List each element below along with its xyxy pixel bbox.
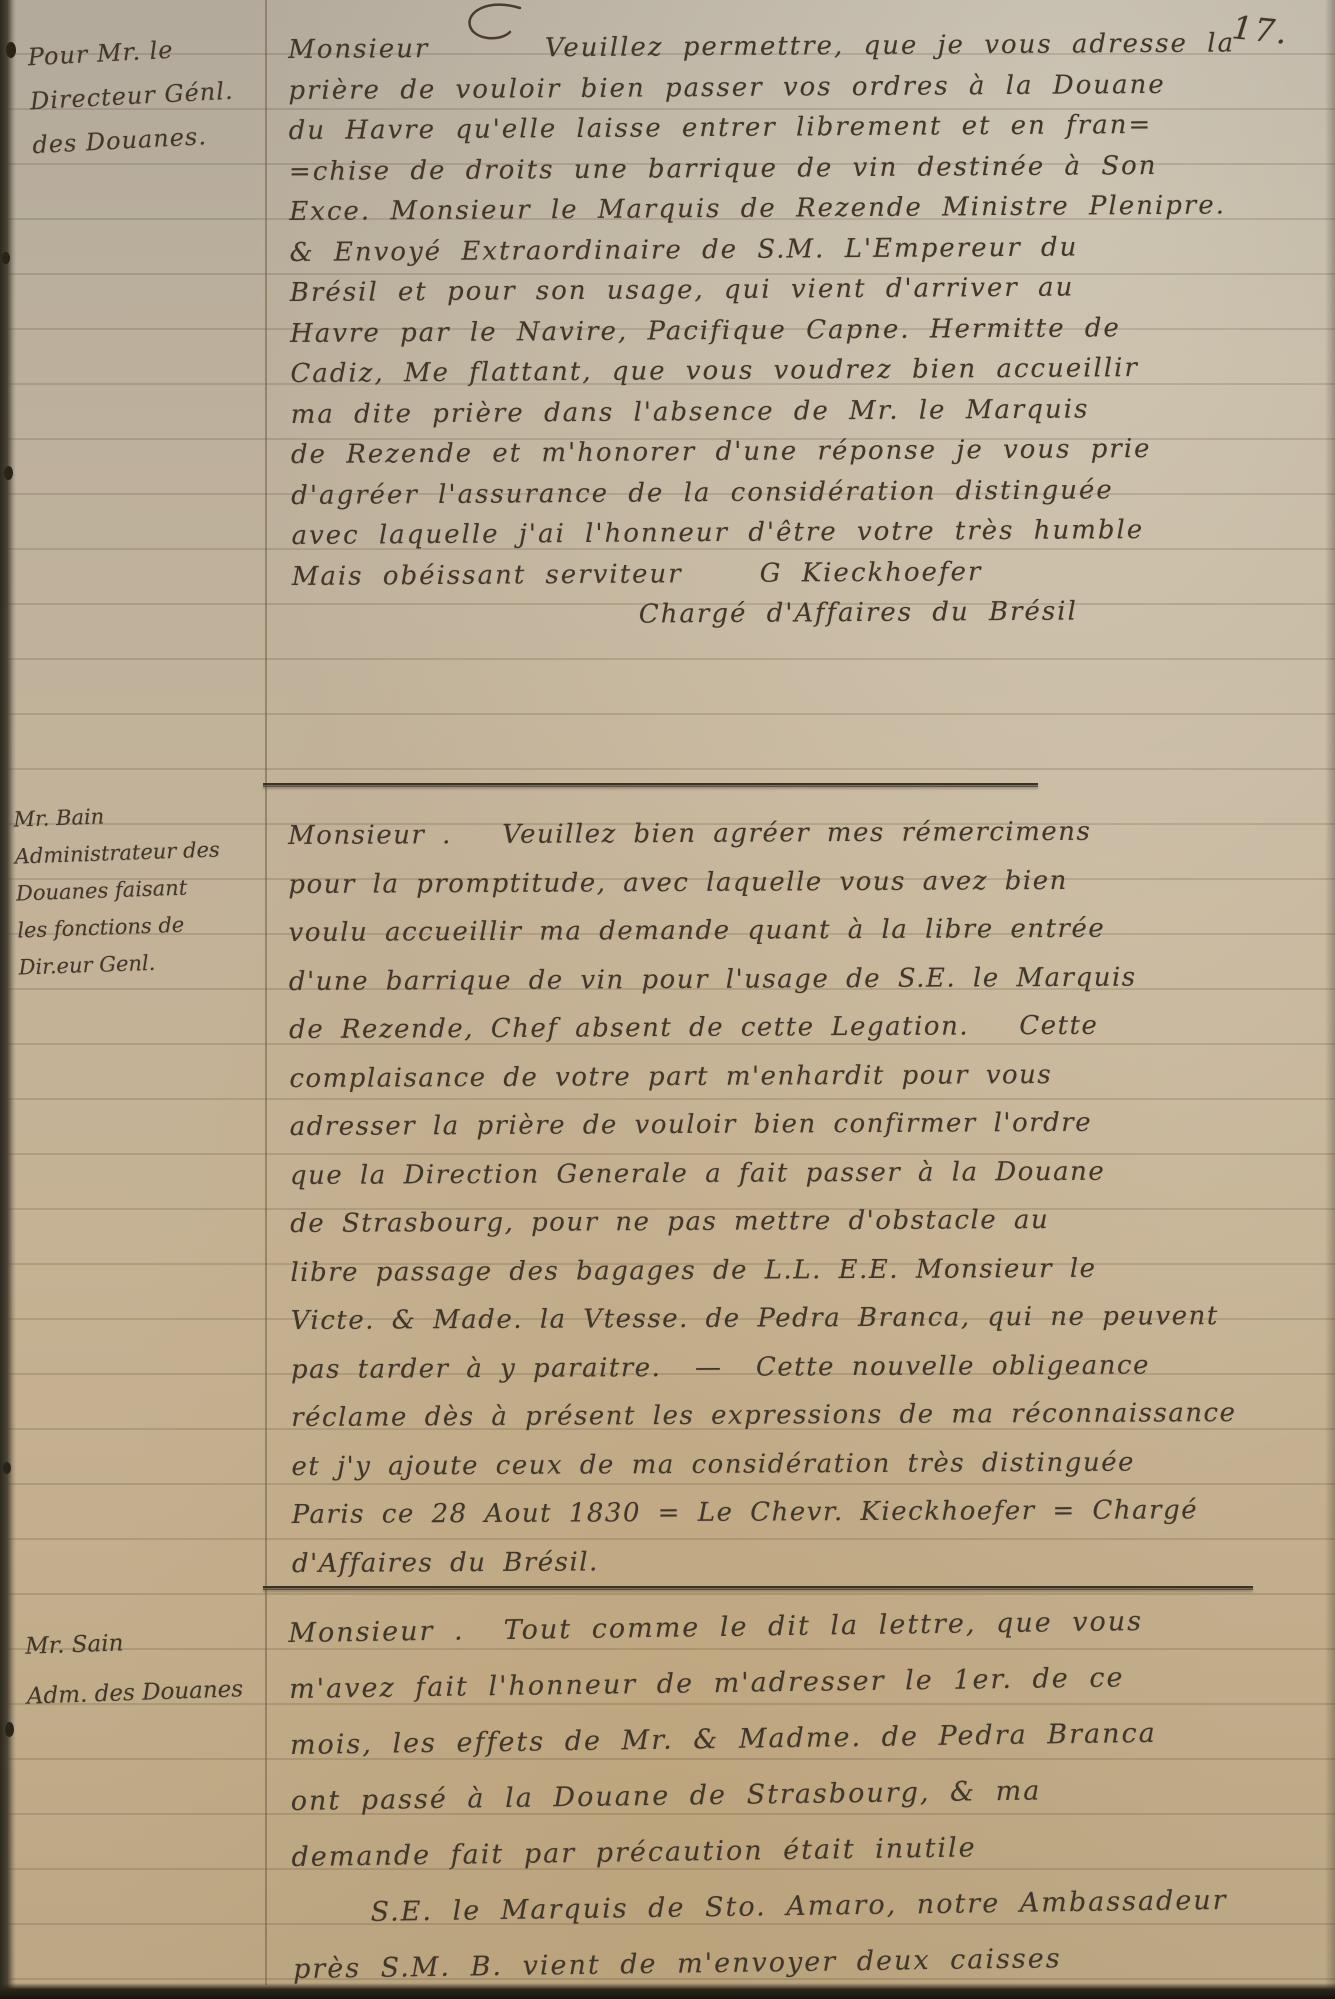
paper-right-shade	[1325, 0, 1335, 1999]
ink-flourish-icon	[448, 2, 538, 46]
binding-speck	[5, 1722, 14, 1737]
photo-bottom-edge	[0, 1983, 1335, 1999]
page-number: 17.	[1230, 9, 1290, 51]
manuscript-photo: 17. Pour Mr. leDirecteur Génl.des Douane…	[0, 0, 1335, 1999]
binding-speck	[6, 42, 16, 58]
section-divider	[263, 783, 1038, 787]
book-binding-edge	[0, 0, 16, 1999]
binding-speck	[3, 1462, 11, 1474]
binding-speck	[2, 252, 10, 264]
ledger-ruled-lines	[0, 0, 1335, 1999]
binding-speck	[4, 466, 13, 480]
section-divider	[263, 1586, 1253, 1590]
margin-rule-line	[265, 0, 267, 1985]
